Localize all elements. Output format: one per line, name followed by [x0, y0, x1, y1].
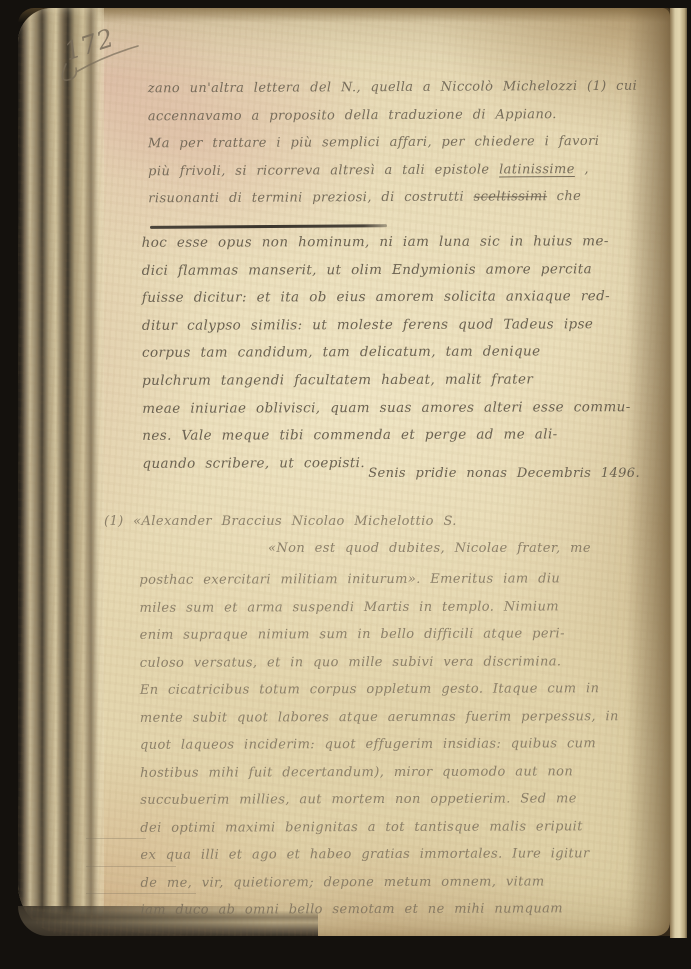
footnote-opening-line: «Non est quod dubites, Nicolae frater, m… — [268, 541, 591, 556]
text-line: dici flammas manserit, ut olim Endymioni… — [142, 256, 631, 285]
text-segment: che — [547, 189, 581, 204]
text-line: miles sum et arma suspendi Martis in tem… — [139, 593, 618, 622]
text-line: iam duco ab omni bello semotam et ne mih… — [141, 895, 620, 924]
text-line: enim supraque nimium sum in bello diffic… — [140, 620, 619, 649]
text-line: ex qua illi et ago et habeo gratias immo… — [140, 840, 619, 869]
scanned-manuscript-photo: 172 zano un'altra lettera del N., quella… — [0, 0, 691, 969]
facing-page-edge — [670, 8, 687, 938]
faint-ruled-line — [86, 838, 146, 839]
text-line: hostibus mihi fuit decertandum), miror q… — [140, 758, 619, 787]
struck-word: sceltissimi — [473, 190, 547, 205]
underlined-word: latinissime — [499, 162, 575, 177]
text-line: accennavamo a proposito della traduzione… — [148, 100, 638, 130]
latin-paragraph: hoc esse opus non hominum, ni iam luna s… — [142, 228, 631, 478]
faint-ruled-line — [86, 893, 196, 894]
text-segment: , — [575, 162, 589, 177]
text-line: nes. Vale meque tibi commenda et perge a… — [142, 421, 631, 450]
text-line: Ma per trattare i più semplici affari, p… — [148, 128, 638, 158]
text-line: più frivoli, si ricorreva altresì a tali… — [148, 155, 638, 185]
page-top-edge — [18, 8, 670, 24]
text-line: de me, vir, quietiorem; depone metum omn… — [140, 868, 619, 897]
text-line: succubuerim millies, aut mortem non oppe… — [140, 785, 619, 814]
footnote-heading: (1) «Alexander Braccius Nicolao Michelot… — [104, 514, 457, 529]
text-line: dei optimi maximi benignitas a tot tanti… — [140, 813, 619, 842]
text-segment: più frivoli, si ricorreva altresì a tali… — [148, 162, 499, 179]
text-line: risuonanti di termini preziosi, di costr… — [148, 183, 638, 213]
faint-ruled-line — [86, 866, 176, 867]
intro-paragraph: zano un'altra lettera del N., quella a N… — [148, 73, 638, 214]
dateline: Senis pridie nonas Decembris 1496. — [0, 466, 640, 481]
footnote-paragraph: posthac exercitari militiam initurum». E… — [139, 565, 619, 924]
text-line: zano un'altra lettera del N., quella a N… — [148, 73, 638, 103]
text-line: culoso versatus, et in quo mille subivi … — [140, 648, 619, 677]
text-line: corpus tam candidum, tam delicatum, tam … — [142, 339, 631, 368]
text-line: mente subit quot labores atque aerumnas … — [140, 703, 619, 732]
text-segment: risuonanti di termini preziosi, di costr… — [148, 190, 473, 207]
text-line: fuisse dicitur: et ita ob eius amorem so… — [142, 283, 631, 312]
text-line: pulchrum tangendi facultatem habeat, mal… — [142, 366, 631, 395]
text-line: meae iniuriae oblivisci, quam suas amore… — [142, 394, 631, 423]
text-line: quot laqueos inciderim: quot effugerim i… — [140, 730, 619, 759]
text-line: posthac exercitari militiam initurum». E… — [139, 565, 618, 594]
text-line: ditur calypso similis: ut moleste ferens… — [142, 311, 631, 340]
text-line: En cicatricibus totum corpus oppletum ge… — [140, 675, 619, 704]
text-line: hoc esse opus non hominum, ni iam luna s… — [142, 228, 631, 257]
